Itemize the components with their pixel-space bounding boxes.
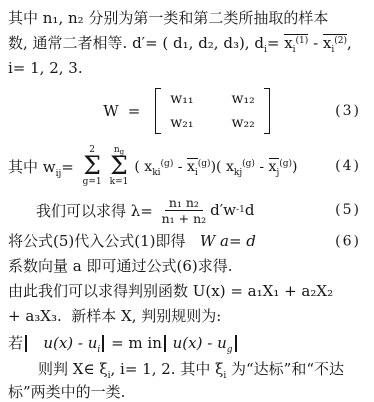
x-symbol: x (187, 159, 195, 175)
absolute-value-bar (164, 335, 166, 352)
equals-sign: = (61, 158, 78, 176)
text-run: 若 (8, 334, 23, 352)
math-expression: u(x) - ug (168, 334, 233, 352)
paragraph-line-12: 标”两类中的一类. (8, 381, 365, 402)
matrix-cell-12: w₁₂ (232, 92, 255, 106)
subscript-i: i (293, 45, 296, 55)
matrix-cell-11: w₁₁ (170, 92, 193, 106)
equation-4-body: ( xki(g) - xi(g))( xkj(g) - xj(g)) (134, 158, 297, 175)
equation-number-5: (5) (335, 202, 361, 218)
subscript-g: g (227, 345, 233, 355)
text-run: 我们可以求得 λ= (36, 200, 158, 221)
paragraph-line-1: 其中 n₁, n₂ 分别为第一类和第二类所抽取的样本 (8, 6, 365, 31)
subscript-i: i (97, 345, 100, 355)
summation-operator-k: ng Σ k=1 (110, 145, 129, 187)
x-symbol: x (284, 34, 292, 52)
xbar-term-2: xi(2) (323, 34, 347, 52)
absolute-value-bar (25, 335, 27, 352)
fraction-numerator: n₁ n₂ (165, 195, 203, 211)
paragraph-line-6: 将公式(5)代入公式(1)即得 W a= d(6) (8, 229, 365, 254)
text-run: ) (292, 159, 297, 175)
equation-3: W = w₁₁ w₁₂ w₂₁ w₂₂ (3) (8, 81, 365, 141)
paragraph-line-7: 系数向量 a 即可通过公式(6)求得. (8, 254, 365, 279)
text-run: u(x) - u (29, 334, 97, 352)
text-run: 将公式(5)代入公式(1)即得 (8, 232, 200, 250)
subscript-j: j (276, 168, 279, 178)
text-run: d (245, 201, 255, 219)
text-run: , i= 1, 2. 其中 ξ (110, 360, 223, 378)
math-expression: u(x) - ui (29, 334, 100, 352)
matrix-lhs: W (103, 102, 118, 120)
matrix-cell-22: w₂₂ (232, 116, 255, 130)
minus-sign: - (173, 159, 187, 175)
equals-sign: = (128, 102, 141, 120)
paragraph-line-9: + a₃X₃. 新样本 X, 判别规则为: (8, 304, 365, 329)
superscript-g: (g) (198, 159, 211, 169)
text-run: 其中 w (8, 158, 56, 176)
superscript-1: (1) (296, 36, 309, 46)
absolute-value-bar (235, 335, 237, 352)
subscript-i: i (331, 45, 334, 55)
superscript-g: (g) (242, 159, 255, 169)
summation-operator-g: 2 Σ g=1 (83, 145, 102, 187)
xbar-term-1: xi(1) (284, 34, 308, 52)
subscript-i: i (195, 168, 198, 178)
absolute-value-bar (102, 335, 104, 352)
sum-lower-limit: k=1 (110, 177, 129, 187)
minus-sign: - (255, 159, 269, 175)
matrix-2x2: w₁₁ w₁₂ w₂₁ w₂₂ (155, 88, 269, 134)
fraction: n₁ n₂n₁ + n₂ (162, 195, 207, 226)
equation-number-6: (6) (335, 229, 361, 254)
equation-4: 其中 wij= 2 Σ g=1 ng Σ k=1 ( xki(g) - xi(g… (8, 141, 365, 191)
equation-number-4: (4) (335, 158, 361, 174)
text-run: )( x (211, 159, 234, 175)
minus-sign: - (308, 34, 323, 52)
sigma-icon: Σ (83, 155, 101, 177)
text-run: = (267, 34, 284, 52)
paragraph-line-8: 由此我们可以求得判别函数 U(x) = a₁X₁ + a₂X₂ (8, 279, 365, 304)
equation-number-3: (3) (335, 103, 361, 119)
text-run: u(x) - u (168, 334, 227, 352)
matrix-bracket-right (264, 88, 270, 134)
paragraph-line-2: 数, 通常二者相等. d′= ( d₁, d₂, d₃), di= xi(1) … (8, 31, 365, 56)
text-run: , (347, 34, 352, 52)
document-page: 其中 n₁, n₂ 分别为第一类和第二类所抽取的样本 数, 通常二者相等. d′… (0, 0, 374, 402)
text-run: d′w (210, 201, 236, 219)
subscript-kj: kj (234, 168, 242, 178)
text-run: = m in (106, 334, 162, 352)
subscript-ki: ki (152, 168, 160, 178)
text-run: 为“达标”和“不达 (226, 360, 344, 378)
equation-4-lead: 其中 wij= (8, 156, 79, 177)
text-run: 数, 通常二者相等. d′= ( d₁, d₂, d₃), d (8, 34, 264, 52)
superscript-g: (g) (279, 159, 292, 169)
superscript-2: (2) (334, 36, 347, 46)
text-run: ( x (134, 159, 152, 175)
fraction-denominator: n₁ + n₂ (162, 211, 207, 226)
sigma-icon: Σ (110, 155, 128, 177)
superscript-g: (g) (161, 159, 174, 169)
xbar-term: xj (269, 158, 280, 175)
text-run: 则判 X∈ ξ (38, 360, 108, 378)
sum-lower-limit: g=1 (83, 177, 102, 187)
matrix-cell-21: w₂₁ (170, 116, 193, 130)
paragraph-line-3: i= 1, 2, 3. (8, 56, 365, 81)
discriminant-rule-line: 若 u(x) - ui = m in u(x) - ug (8, 329, 365, 357)
equation-5: 我们可以求得 λ= n₁ n₂n₁ + n₂d′w-1d (5) (8, 191, 365, 229)
matrix-cells: w₁₁ w₁₂ w₂₁ w₂₂ (161, 88, 263, 134)
equation-5-content: 我们可以求得 λ= n₁ n₂n₁ + n₂d′w-1d (36, 195, 254, 226)
equation-6-math: W a= d (200, 232, 256, 250)
xbar-term: xi (187, 158, 198, 175)
paragraph-line-11: 则判 X∈ ξi, i= 1, 2. 其中 ξi 为“达标”和“不达 (8, 357, 365, 381)
